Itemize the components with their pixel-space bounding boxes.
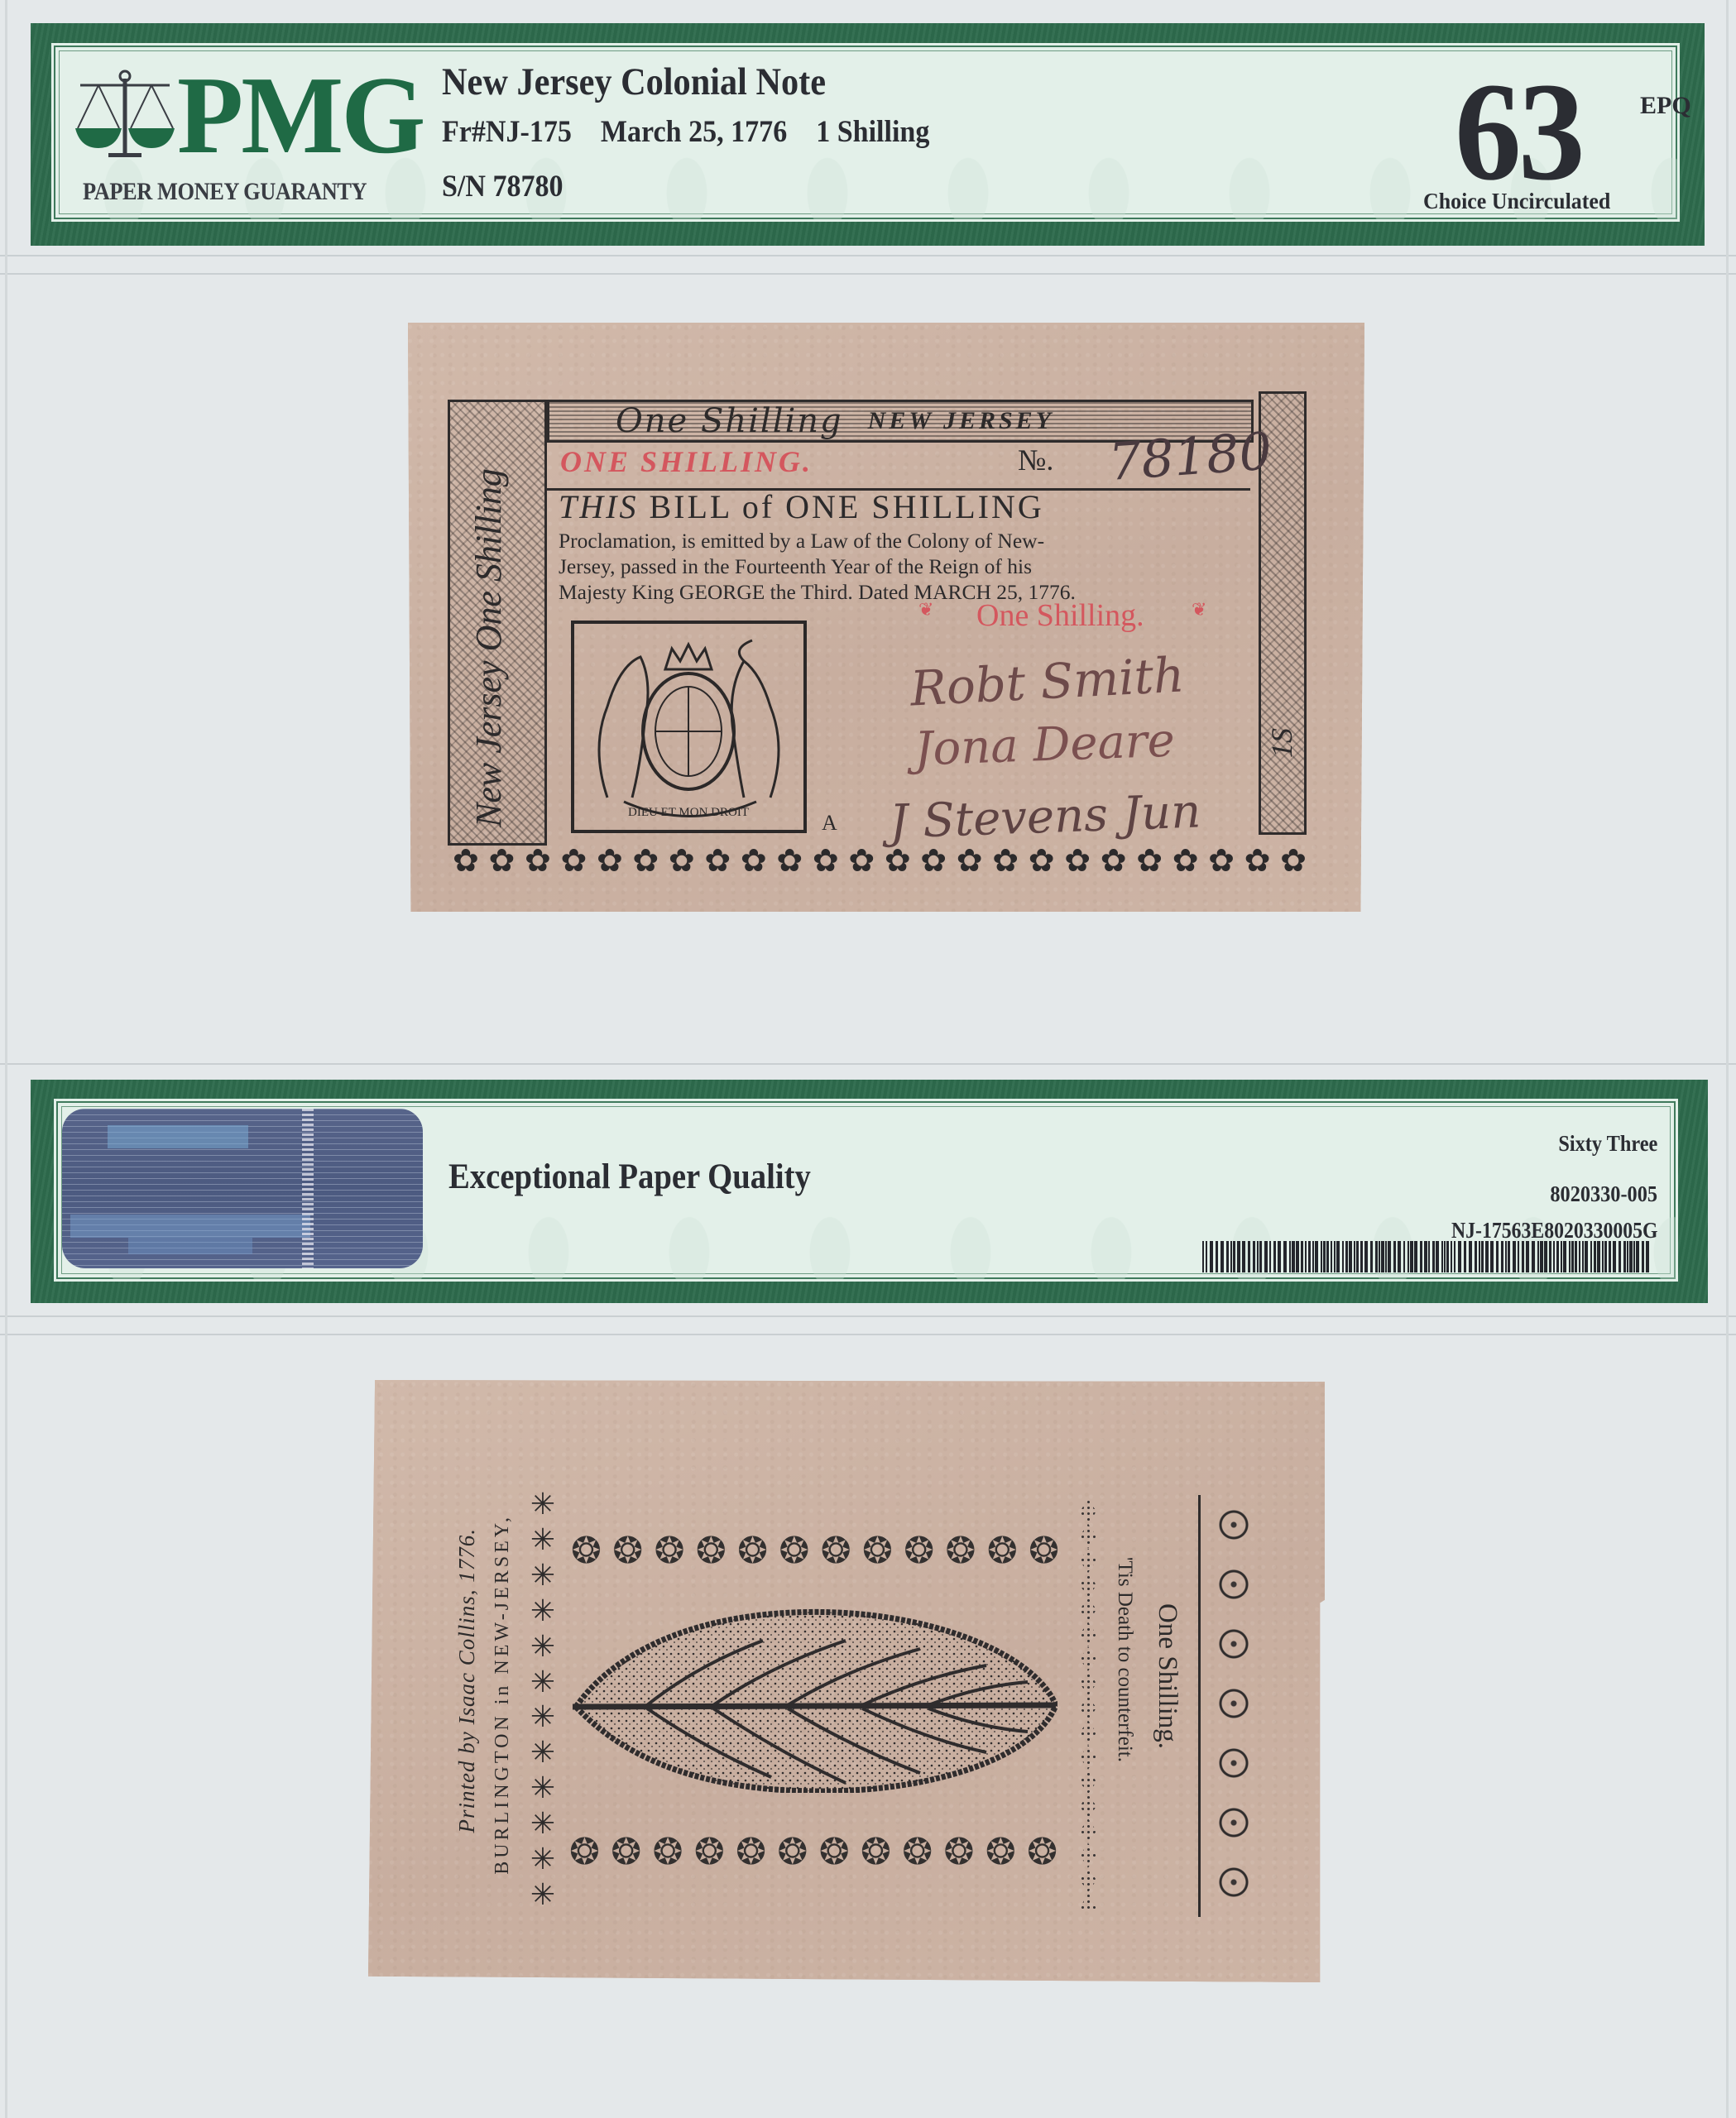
rosette-icon: ❂ — [569, 1834, 600, 1871]
star-icon: ✳ — [530, 1809, 555, 1838]
ornament-icon: ✿ — [848, 846, 875, 877]
rosette-icon: ❂ — [694, 1834, 725, 1871]
barcode-bar — [1356, 1241, 1359, 1272]
ornament-icon: ✿ — [488, 846, 515, 877]
barcode-bar — [1398, 1241, 1401, 1272]
barcode-bar — [1385, 1241, 1387, 1272]
hologram-band — [128, 1238, 252, 1254]
barcode-bar — [1602, 1241, 1604, 1272]
barcode-bar — [1248, 1241, 1250, 1272]
band-script: One Shilling — [616, 402, 843, 440]
barcode-bar — [1414, 1241, 1417, 1272]
ornament-icon: ✿ — [597, 846, 623, 877]
rosette-icon: ❂ — [612, 1533, 643, 1569]
rosette-icon: ❂ — [944, 1834, 975, 1871]
barcode-bar — [1629, 1241, 1633, 1272]
barcode-bar — [1379, 1241, 1380, 1272]
ornament-icon: ✿ — [1173, 846, 1199, 877]
rosette-icon: ❂ — [571, 1533, 602, 1569]
barcode-bar — [1582, 1241, 1584, 1272]
barcode-bar — [1458, 1241, 1461, 1272]
security-hologram — [62, 1109, 423, 1268]
barcode-bar — [1609, 1241, 1611, 1272]
barcode-bar — [1569, 1241, 1571, 1272]
grade-in-words: Sixty Three — [1558, 1130, 1657, 1157]
barcode-bar — [1496, 1241, 1499, 1272]
barcode-bar — [1296, 1241, 1299, 1272]
slab-edge-right — [1726, 0, 1729, 2118]
barcode-bar — [1432, 1241, 1435, 1272]
ornament-icon: ✿ — [1064, 846, 1091, 877]
barcode-bar — [1315, 1241, 1318, 1272]
star-icon: ✳ — [530, 1632, 555, 1661]
body-line: Proclamation, is emitted by a Law of the… — [559, 528, 1249, 553]
barcode-bar — [1485, 1241, 1489, 1272]
barcode-bar — [1526, 1241, 1529, 1272]
ornament-icon: ✿ — [957, 846, 983, 877]
slab-seam — [0, 1315, 1736, 1317]
star-icon: ✳ — [530, 1596, 555, 1626]
signature-3: J Stevens Jun — [889, 784, 1201, 849]
barcode-bar — [1508, 1241, 1510, 1272]
rosette-icon: ❂ — [653, 1834, 683, 1871]
barcode-bar — [1633, 1241, 1635, 1272]
barcode-bar — [1505, 1241, 1507, 1272]
note-title: New Jersey Colonial Note — [442, 61, 826, 103]
ornament-icon: ✿ — [1280, 846, 1307, 877]
star-icon: ✳ — [530, 1880, 555, 1910]
proclamation-text: Proclamation, is emitted by a Law of the… — [559, 528, 1249, 605]
pmg-logo: PMG — [177, 60, 423, 170]
rosette-icon: ❂ — [737, 1533, 768, 1569]
grade-number: 63 — [1455, 61, 1582, 202]
hologram-band — [108, 1125, 248, 1148]
barcode-bar — [1410, 1241, 1413, 1272]
barcode-bar — [1619, 1241, 1621, 1272]
barcode-bar — [1556, 1241, 1559, 1272]
counterfeit-warning: 'Tis Death to counterfeit. — [1113, 1557, 1136, 1762]
rosette-icon: ❂ — [821, 1533, 851, 1569]
barcode-bar — [1424, 1241, 1427, 1272]
rosette-icon: ❂ — [779, 1533, 809, 1569]
number-prefix: №. — [1018, 443, 1053, 477]
barcode-bar — [1642, 1241, 1644, 1272]
headline-rest: BILL of ONE SHILLING — [649, 488, 1043, 525]
barcode-bar — [1428, 1241, 1430, 1272]
rosette-icon: ❂ — [904, 1533, 934, 1569]
rosette-icon: ❂ — [611, 1834, 641, 1871]
ornament-icon: ✿ — [453, 846, 479, 877]
handwritten-serial: 78180 — [1106, 420, 1273, 492]
serial-number: S/N 78780 — [442, 170, 563, 204]
barcode-bar — [1540, 1241, 1543, 1272]
barcode-bar — [1454, 1241, 1455, 1272]
star-icon: ✳ — [530, 1702, 555, 1732]
barcode-bar — [1420, 1241, 1422, 1272]
back-denomination: One Shilling. — [1152, 1603, 1182, 1749]
coat-of-arms-icon: DIEU ET MON DROIT — [574, 624, 803, 830]
rosette-row-top: ❂❂❂❂❂❂❂❂❂❂❂❂ — [571, 1532, 1059, 1570]
ornament-icon: ✿ — [1208, 846, 1235, 877]
ornament-icon: ✿ — [525, 846, 551, 877]
barcode-bar — [1226, 1241, 1229, 1272]
side-script-text: New Jersey One Shilling — [468, 447, 510, 827]
headline: THIS BILL of ONE SHILLING — [559, 491, 1044, 524]
slab-seam — [0, 273, 1736, 275]
barcode-bar — [1233, 1241, 1235, 1272]
slab-edge-left — [5, 0, 7, 2118]
signature-2: Jona Deare — [914, 714, 1176, 777]
body-line: Jersey, passed in the Fourteenth Year of… — [559, 553, 1249, 579]
star-icon: ✳ — [530, 1737, 555, 1767]
barcode-bar — [1393, 1241, 1396, 1272]
barcode-bar — [1216, 1241, 1218, 1272]
barcode-bar — [1403, 1241, 1405, 1272]
band-caps: NEW JERSEY — [868, 407, 1054, 435]
catalog-number: Fr#NJ-175 — [442, 115, 572, 149]
red-denomination: One Shilling. — [976, 597, 1144, 634]
barcode-bar — [1563, 1241, 1566, 1272]
barcode-bar — [1331, 1241, 1332, 1272]
barcode-bar — [1479, 1241, 1480, 1272]
barcode-bar — [1513, 1241, 1516, 1272]
barcode-bar — [1604, 1241, 1607, 1272]
barcode-text: NJ-17563E8020330005G — [1451, 1217, 1657, 1243]
rosette-icon: ❂ — [736, 1834, 766, 1871]
place-imprint: BURLINGTON in NEW-JERSEY, — [492, 1514, 514, 1875]
barcode-bar — [1561, 1241, 1562, 1272]
barcode-bar — [1257, 1241, 1259, 1272]
barcode-bar — [1237, 1241, 1240, 1272]
barcode-bar — [1269, 1241, 1271, 1272]
barcode-bar — [1518, 1241, 1519, 1272]
barcode-bar — [1623, 1241, 1626, 1272]
barcode-bar — [1323, 1241, 1326, 1272]
epq-designation: EPQ — [1640, 93, 1660, 118]
barcode-bar — [1334, 1241, 1336, 1272]
barcode-bar — [1354, 1241, 1355, 1272]
barcode-bar — [1441, 1241, 1443, 1272]
rosette-icon: ❂ — [985, 1834, 1016, 1871]
barcode-bar — [1627, 1241, 1628, 1272]
barcode-bar — [1549, 1241, 1551, 1272]
body-line: Majesty King GEORGE the Third. Dated MAR… — [559, 579, 1249, 605]
royal-coat-of-arms: DIEU ET MON DROIT — [571, 621, 807, 833]
barcode-bar — [1253, 1241, 1255, 1272]
rosette-icon: ❂ — [861, 1834, 891, 1871]
slab-seam — [0, 1063, 1736, 1065]
barcode-bar — [1408, 1241, 1409, 1272]
barcode-bar — [1444, 1241, 1446, 1272]
barcode-bar — [1308, 1241, 1311, 1272]
barcode-bar — [1336, 1241, 1340, 1272]
barcode-bar — [1326, 1241, 1329, 1272]
barcode — [1202, 1241, 1657, 1272]
star-icon: ✳ — [530, 1489, 555, 1519]
rosette-icon: ❂ — [862, 1533, 893, 1569]
barcode-bar — [1636, 1241, 1639, 1272]
barcode-bar — [1522, 1241, 1524, 1272]
barcode-bar — [1532, 1241, 1535, 1272]
red-heading: ONE SHILLING. — [560, 444, 813, 479]
barcode-bar — [1220, 1241, 1224, 1272]
ornament-icon: ✿ — [1136, 846, 1163, 877]
barcode-bar — [1381, 1241, 1384, 1272]
ornament-icon: ✿ — [704, 846, 731, 877]
ornament-icon: ✿ — [1101, 846, 1127, 877]
barcode-bar — [1206, 1241, 1207, 1272]
ornament-icon: ✿ — [776, 846, 803, 877]
rosette-icon: ❂ — [987, 1533, 1018, 1569]
barcode-bar — [1360, 1241, 1363, 1272]
ornament-icon: ✿ — [632, 846, 659, 877]
star-icon: ✳ — [530, 1844, 555, 1874]
barcode-bar — [1544, 1241, 1547, 1272]
barcode-bar — [1301, 1241, 1303, 1272]
barcode-bar — [1475, 1241, 1477, 1272]
barcode-bar — [1370, 1241, 1373, 1272]
red-emblem-icon: ❦ — [918, 599, 933, 621]
barcode-bar — [1278, 1241, 1281, 1272]
barcode-bar — [1490, 1241, 1494, 1272]
grade-description: Choice Uncirculated — [1423, 189, 1610, 213]
barcode-bar — [1579, 1241, 1580, 1272]
epq-statement: Exceptional Paper Quality — [448, 1157, 811, 1198]
barcode-bar — [1585, 1241, 1588, 1272]
side-denomination: 1S — [1264, 728, 1299, 758]
rosette-icon: ❂ — [946, 1533, 976, 1569]
ornament-icon: ✿ — [741, 846, 767, 877]
plate-letter: A — [822, 811, 837, 836]
barcode-bar — [1594, 1241, 1596, 1272]
scales-of-justice-icon — [74, 69, 177, 161]
barcode-bar — [1464, 1241, 1466, 1272]
certification-number: 8020330-005 — [1550, 1181, 1657, 1207]
barcode-bar — [1349, 1241, 1352, 1272]
leaf-print-icon — [573, 1608, 1057, 1793]
ornament-icon: ✿ — [1244, 846, 1271, 877]
barcode-bar — [1469, 1241, 1472, 1272]
barcode-bar — [1202, 1241, 1204, 1272]
slab-seam — [0, 1334, 1736, 1335]
barcode-bar — [1575, 1241, 1577, 1272]
rosette-icon: ❂ — [777, 1834, 808, 1871]
ornament-icon: ✿ — [669, 846, 695, 877]
barcode-bar — [1305, 1241, 1307, 1272]
rosette-icon: ❂ — [696, 1533, 727, 1569]
note-details: Fr#NJ-175March 25, 17761 Shilling — [442, 116, 958, 149]
red-emblem-icon: ❦ — [1192, 599, 1206, 621]
ornament-icon: ✿ — [992, 846, 1019, 877]
barcode-bar — [1436, 1241, 1439, 1272]
ornament-icon: ✿ — [1029, 846, 1055, 877]
barcode-bar — [1613, 1241, 1616, 1272]
barcode-bar — [1590, 1241, 1592, 1272]
barcode-bar — [1537, 1241, 1539, 1272]
ornament-icon: ✿ — [813, 846, 839, 877]
bottom-ornament-border: ✿✿✿✿✿✿✿✿✿✿✿✿✿✿✿✿✿✿✿✿✿✿✿✿ — [453, 843, 1307, 879]
barcode-bar — [1388, 1241, 1391, 1272]
barcode-bar — [1451, 1241, 1452, 1272]
rosette-icon: ❂ — [1027, 1834, 1057, 1871]
star-icon: ✳ — [530, 1525, 555, 1555]
star-icon: ✳ — [530, 1667, 555, 1697]
printer-imprint: Printed by Isaac Collins, 1776. — [454, 1528, 480, 1833]
barcode-bar — [1289, 1241, 1291, 1272]
ornament-icon: ✿ — [560, 846, 587, 877]
barcode-bar — [1283, 1241, 1287, 1272]
barcode-bar — [1321, 1241, 1322, 1272]
slab-seam — [0, 255, 1736, 256]
star-icon: ✳ — [530, 1773, 555, 1803]
barcode-bar — [1273, 1241, 1276, 1272]
headline-italic: THIS — [559, 488, 638, 525]
barcode-bar — [1292, 1241, 1295, 1272]
rosette-icon: ❂ — [655, 1533, 685, 1569]
barcode-bar — [1481, 1241, 1484, 1272]
barcode-bar — [1345, 1241, 1348, 1272]
barcode-bar — [1571, 1241, 1574, 1272]
pmg-tagline: PAPER MONEY GUARANTY — [83, 179, 367, 205]
star-border: ✳✳✳✳✳✳✳✳✳✳✳✳ — [525, 1489, 561, 1910]
barcode-bar — [1597, 1241, 1600, 1272]
barcode-bar — [1230, 1241, 1232, 1272]
ornament-icon: ✿ — [920, 846, 947, 877]
barcode-bar — [1501, 1241, 1503, 1272]
barcode-bar — [1364, 1241, 1368, 1272]
star-icon: ✳ — [530, 1560, 555, 1590]
barcode-bar — [1342, 1241, 1344, 1272]
hologram-microtext-strip — [302, 1109, 314, 1268]
barcode-bar — [1646, 1241, 1649, 1272]
barcode-bar — [1375, 1241, 1378, 1272]
denomination: 1 Shilling — [816, 115, 929, 149]
ornament-icon: ✿ — [885, 846, 911, 877]
scroll-ornament-border — [1198, 1495, 1264, 1917]
barcode-bar — [1446, 1241, 1449, 1272]
rosette-row-bottom: ❂❂❂❂❂❂❂❂❂❂❂❂ — [569, 1833, 1057, 1871]
rosette-icon: ❂ — [819, 1834, 850, 1871]
barcode-bar — [1553, 1241, 1555, 1272]
issue-date: March 25, 1776 — [601, 115, 787, 149]
rosette-icon: ❂ — [902, 1834, 933, 1871]
arms-motto: DIEU ET MON DROIT — [628, 806, 749, 819]
barcode-bar — [1210, 1241, 1213, 1272]
barcode-bar — [1259, 1241, 1262, 1272]
hologram-band — [70, 1215, 310, 1238]
barcode-bar — [1312, 1241, 1314, 1272]
rosette-icon: ❂ — [1029, 1533, 1059, 1569]
barcode-bar — [1242, 1241, 1245, 1272]
barcode-bar — [1264, 1241, 1268, 1272]
